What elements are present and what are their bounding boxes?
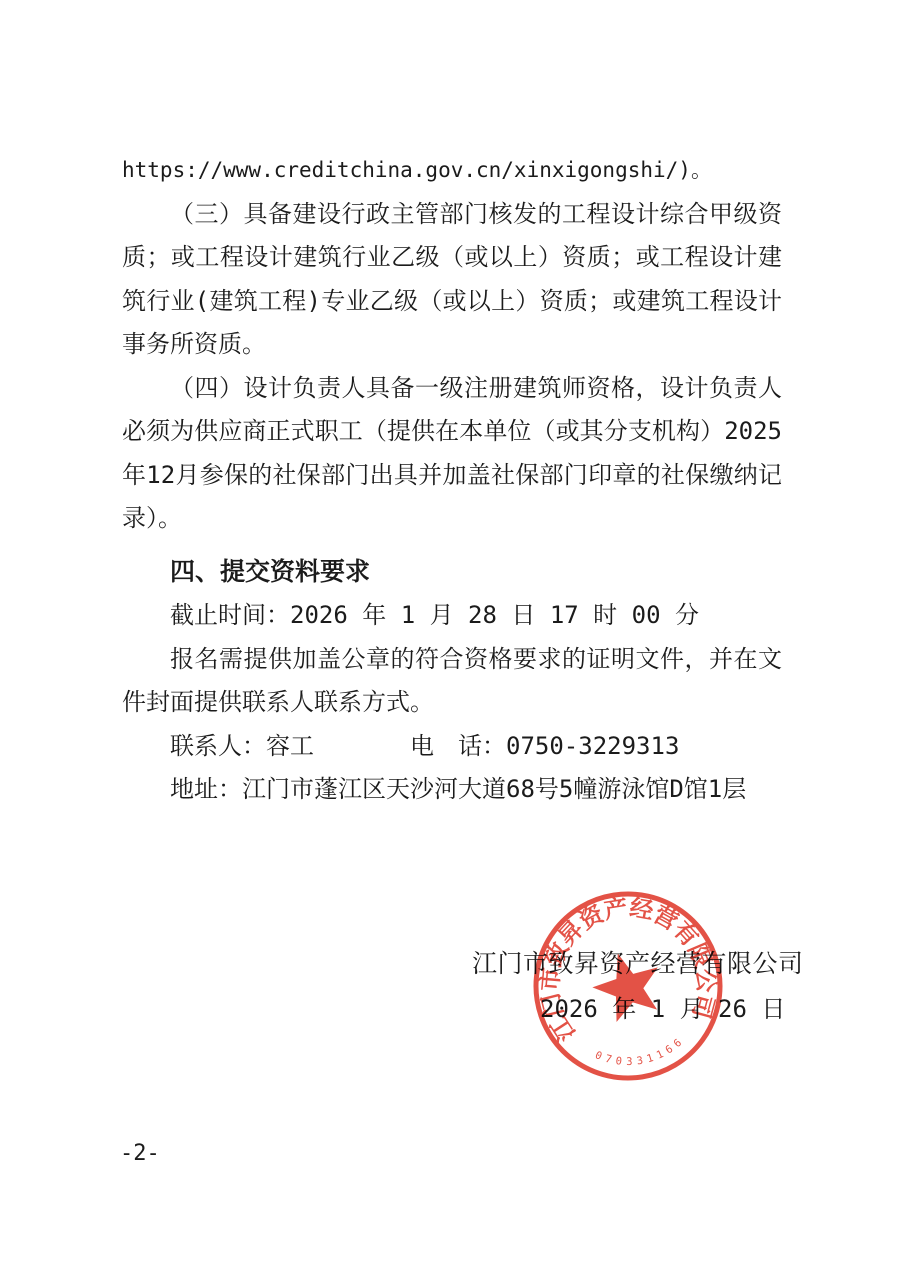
text-line: （四）设计负责人具备一级注册建筑师资格，设计负责人 [122, 367, 782, 411]
seal-serial-number: 4407033116628 [502, 861, 686, 1084]
text-line: 年12月参保的社保部门出具并加盖社保部门印章的社保缴纳记 [122, 454, 782, 498]
text-line: 报名需提供加盖公章的符合资格要求的证明文件，并在文 [122, 638, 782, 682]
text-line: 录）。 [122, 497, 782, 541]
text-line: 截止时间：2026 年 1 月 28 日 17 时 00 分 [122, 594, 782, 638]
text-line: 事务所资质。 [122, 323, 782, 367]
seal-serial-holder: 4407033116628 [502, 861, 686, 1084]
text-line: 筑行业(建筑工程)专业乙级（或以上）资质；或建筑工程设计 [122, 280, 782, 324]
text-line: （三）具备建设行政主管部门核发的工程设计综合甲级资 [122, 193, 782, 237]
text-line: 件封面提供联系人联系方式。 [122, 681, 782, 725]
page-number: -2- [120, 1141, 160, 1166]
section-heading: 四、提交资料要求 [122, 551, 782, 595]
text-line: https://www.creditchina.gov.cn/xinxigong… [122, 149, 782, 193]
text-line: 地址：江门市蓬江区天沙河大道68号5幢游泳馆D馆1层 [122, 768, 782, 812]
text-line: 质；或工程设计建筑行业乙级（或以上）资质；或工程设计建 [122, 236, 782, 280]
text-line: 必须为供应商正式职工（提供在本单位（或其分支机构）2025 [122, 410, 782, 454]
document-page: https://www.creditchina.gov.cn/xinxigong… [0, 0, 900, 1272]
document-lines: https://www.creditchina.gov.cn/xinxigong… [122, 149, 782, 812]
company-seal: 江门市致昇资产经营有限公司 4407033116628 [502, 860, 754, 1112]
seal-star-icon [585, 944, 669, 1026]
text-line: 联系人：容工 电 话：0750-3229313 [122, 725, 782, 769]
